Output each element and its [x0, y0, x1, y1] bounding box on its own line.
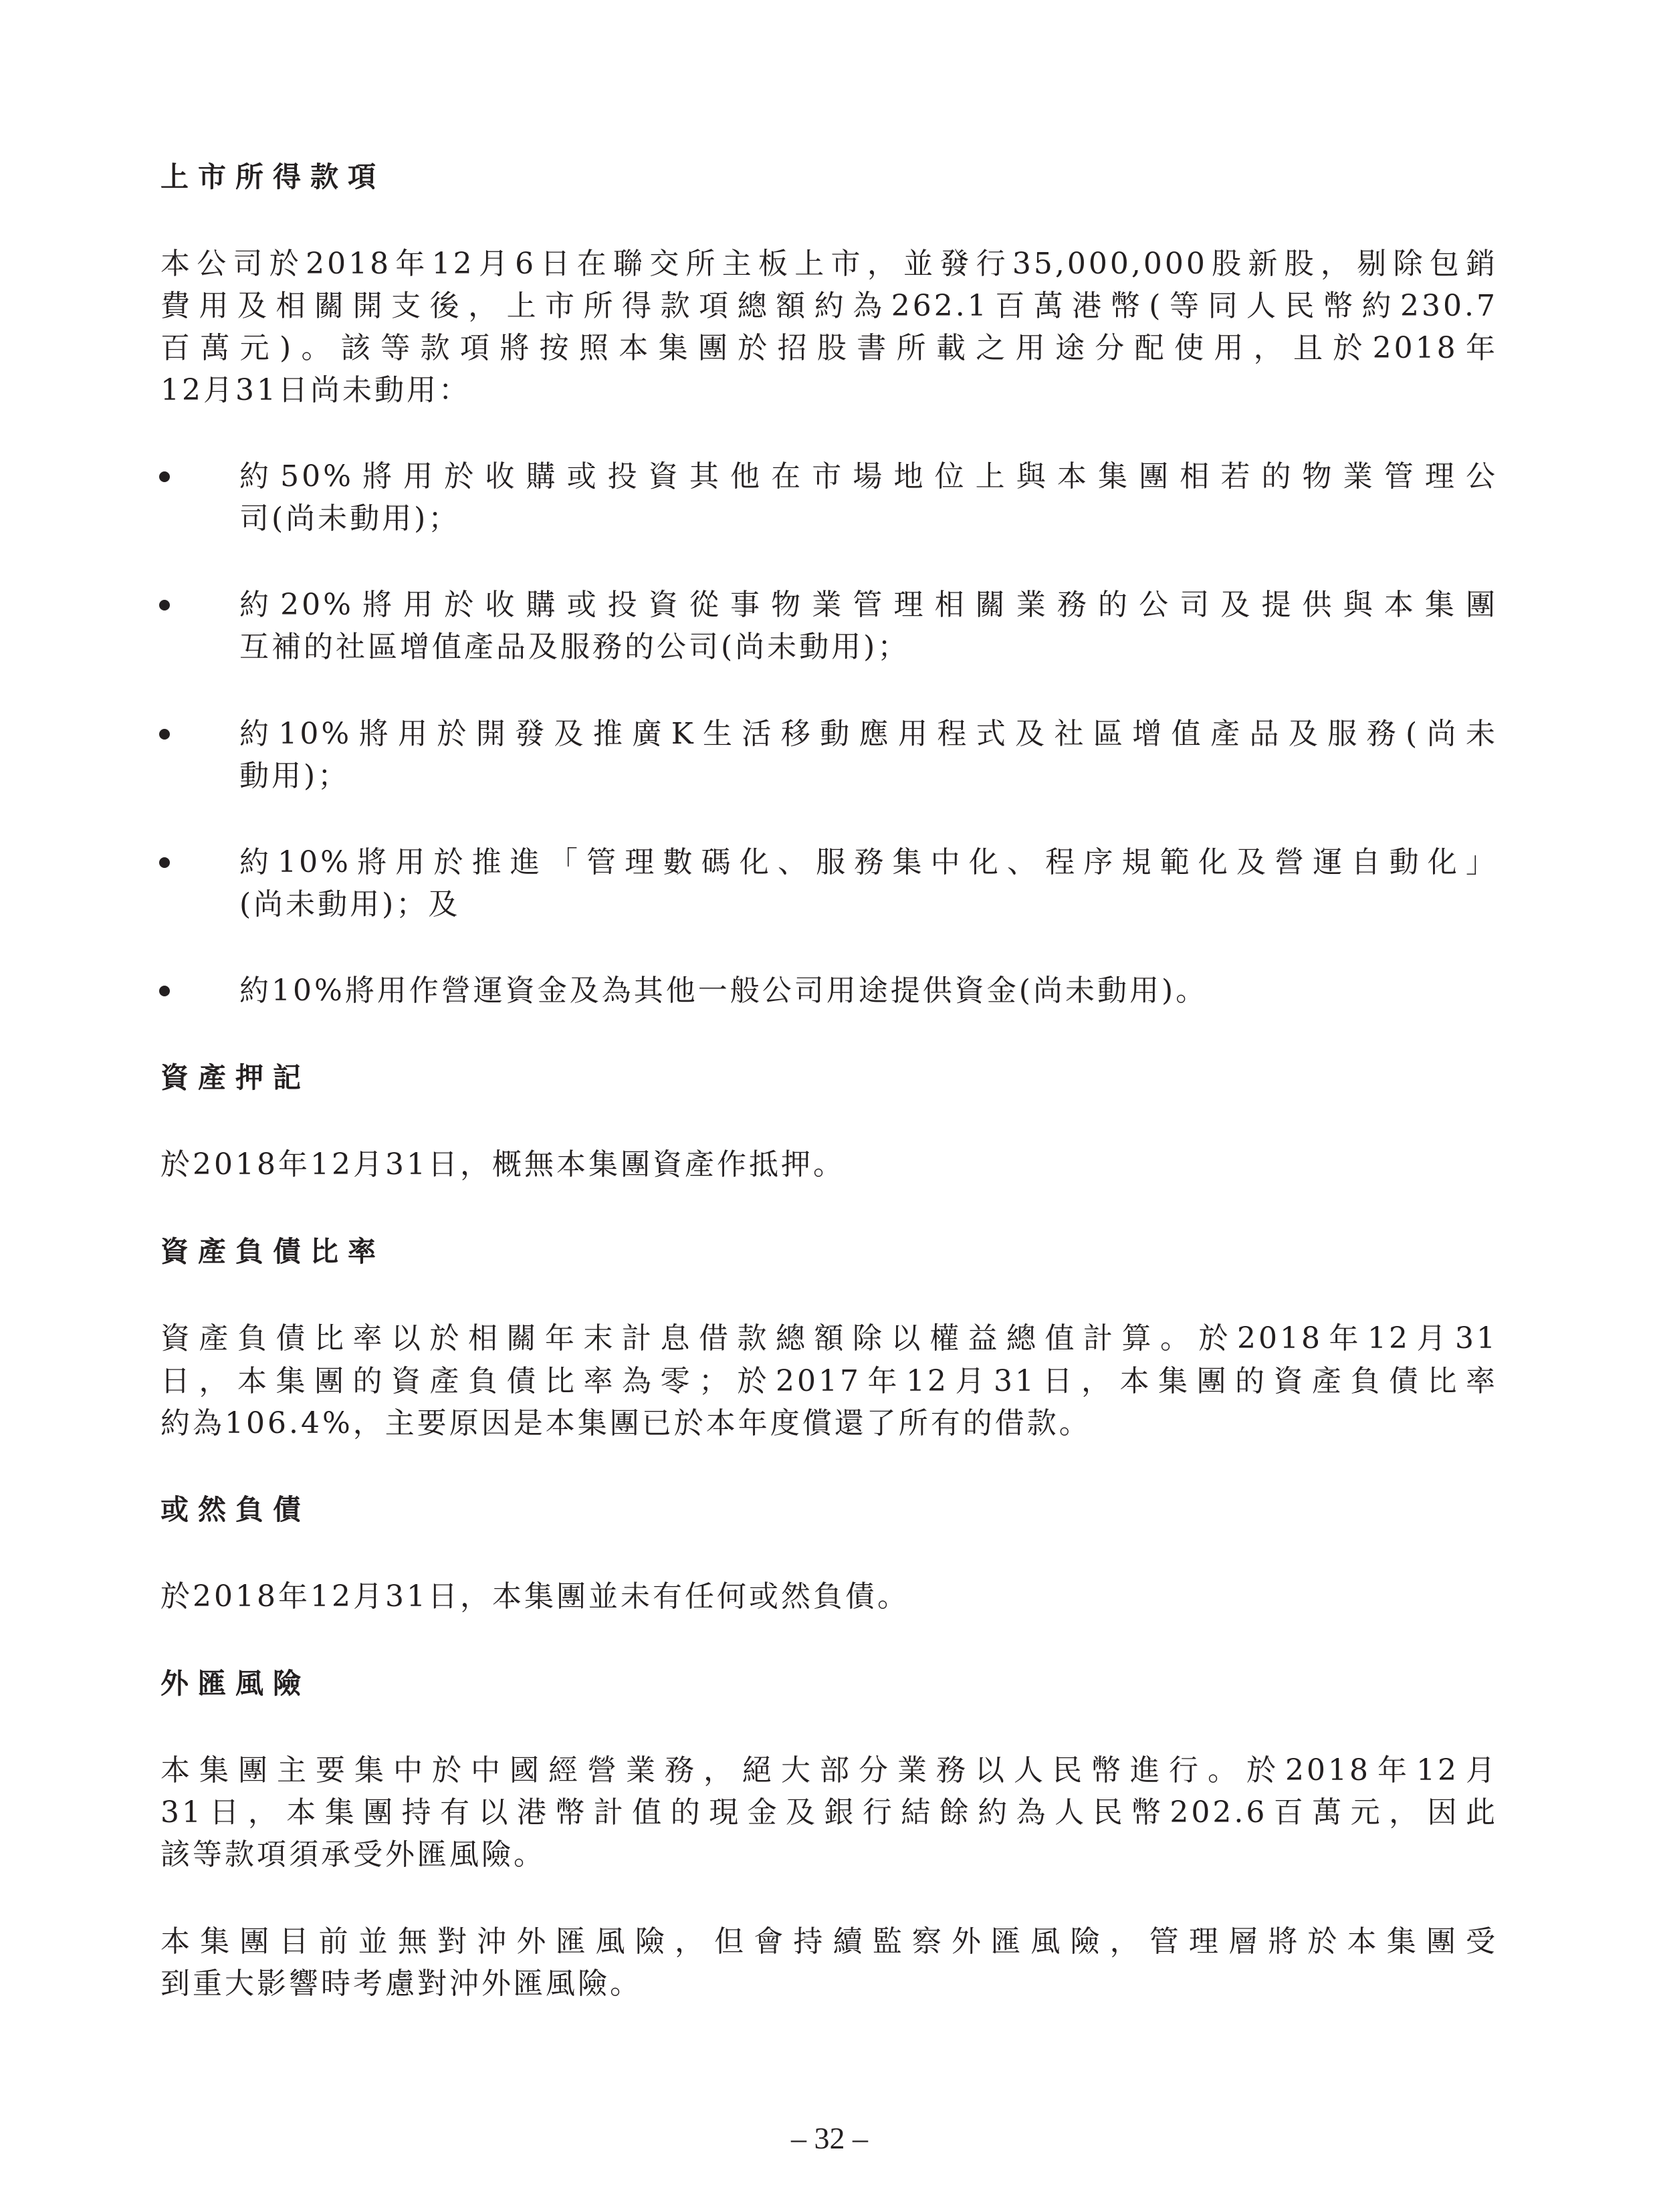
bullet-icon	[159, 857, 170, 868]
paragraph-line: 本集團目前並無對沖外匯風險，但會持續監察外匯風險，管理層將於本集團受	[160, 1920, 1498, 1963]
paragraph-line: 該等款項須承受外匯風險。	[160, 1834, 546, 1876]
document-page: 上市所得款項 本公司於2018年12月6日在聯交所主板上市，並發行35,000,…	[0, 0, 1659, 2212]
bullet-item-line: (尚未動用)；及	[239, 883, 460, 925]
bullet-icon	[159, 471, 170, 482]
section-heading-contingent-liabilities: 或然負債	[160, 1491, 310, 1529]
bullet-item-line: 動用)；	[239, 755, 350, 797]
section-heading-asset-pledge: 資產押記	[160, 1059, 310, 1097]
bullet-item-line: 司(尚未動用)；	[239, 497, 460, 540]
bullet-icon	[159, 600, 170, 611]
paragraph-line: 12月31日尚未動用：	[160, 369, 471, 411]
paragraph-line: 本公司於2018年12月6日在聯交所主板上市，並發行35,000,000股新股，…	[160, 243, 1498, 285]
bullet-icon	[159, 986, 170, 996]
paragraph-line: 百萬元)。該等款項將按照本集團於招股書所載之用途分配使用，且於2018年	[160, 327, 1498, 369]
paragraph-line: 到重大影響時考慮對沖外匯風險。	[160, 1963, 642, 2005]
bullet-item-line: 互補的社區增值產品及服務的公司(尚未動用)；	[239, 626, 909, 668]
paragraph-line: 本集團主要集中於中國經營業務，絕大部分業務以人民幣進行。於2018年12月	[160, 1749, 1498, 1791]
paragraph-line: 日，本集團的資產負債比率為零；於2017年12月31日，本集團的資產負債比率	[160, 1360, 1498, 1402]
section-heading-gearing-ratio: 資產負債比率	[160, 1233, 385, 1270]
bullet-item-line: 約10%將用作營運資金及為其他一般公司用途提供資金(尚未動用)。	[239, 970, 1208, 1012]
section-heading-listing-proceeds: 上市所得款項	[160, 158, 385, 196]
paragraph-line: 約為106.4%，主要原因是本集團已於本年度償還了所有的借款。	[160, 1402, 1091, 1444]
paragraph-line: 31日，本集團持有以港幣計值的現金及銀行結餘約為人民幣202.6百萬元，因此	[160, 1791, 1498, 1834]
bullet-icon	[159, 729, 170, 740]
page-number: – 32 –	[0, 2120, 1659, 2157]
bullet-item-line: 約20%將用於收購或投資從事物業管理相關業務的公司及提供與本集團	[239, 584, 1498, 626]
bullet-item-line: 約10%將用於開發及推廣K生活移動應用程式及社區增值產品及服務(尚未	[239, 713, 1498, 755]
bullet-item-line: 約10%將用於推進「管理數碼化、服務集中化、程序規範化及營運自動化」	[239, 841, 1498, 883]
bullet-item-line: 約50%將用於收購或投資其他在市場地位上與本集團相若的物業管理公	[239, 455, 1498, 497]
section-heading-foreign-exchange-risk: 外匯風險	[160, 1665, 310, 1702]
paragraph-line: 費用及相關開支後，上市所得款項總額約為262.1百萬港幣(等同人民幣約230.7	[160, 285, 1498, 327]
paragraph-line: 於2018年12月31日，概無本集團資產作抵押。	[160, 1143, 845, 1186]
paragraph-line: 資產負債比率以於相關年末計息借款總額除以權益總值計算。於2018年12月31	[160, 1317, 1498, 1359]
paragraph-line: 於2018年12月31日，本集團並未有任何或然負債。	[160, 1575, 909, 1618]
